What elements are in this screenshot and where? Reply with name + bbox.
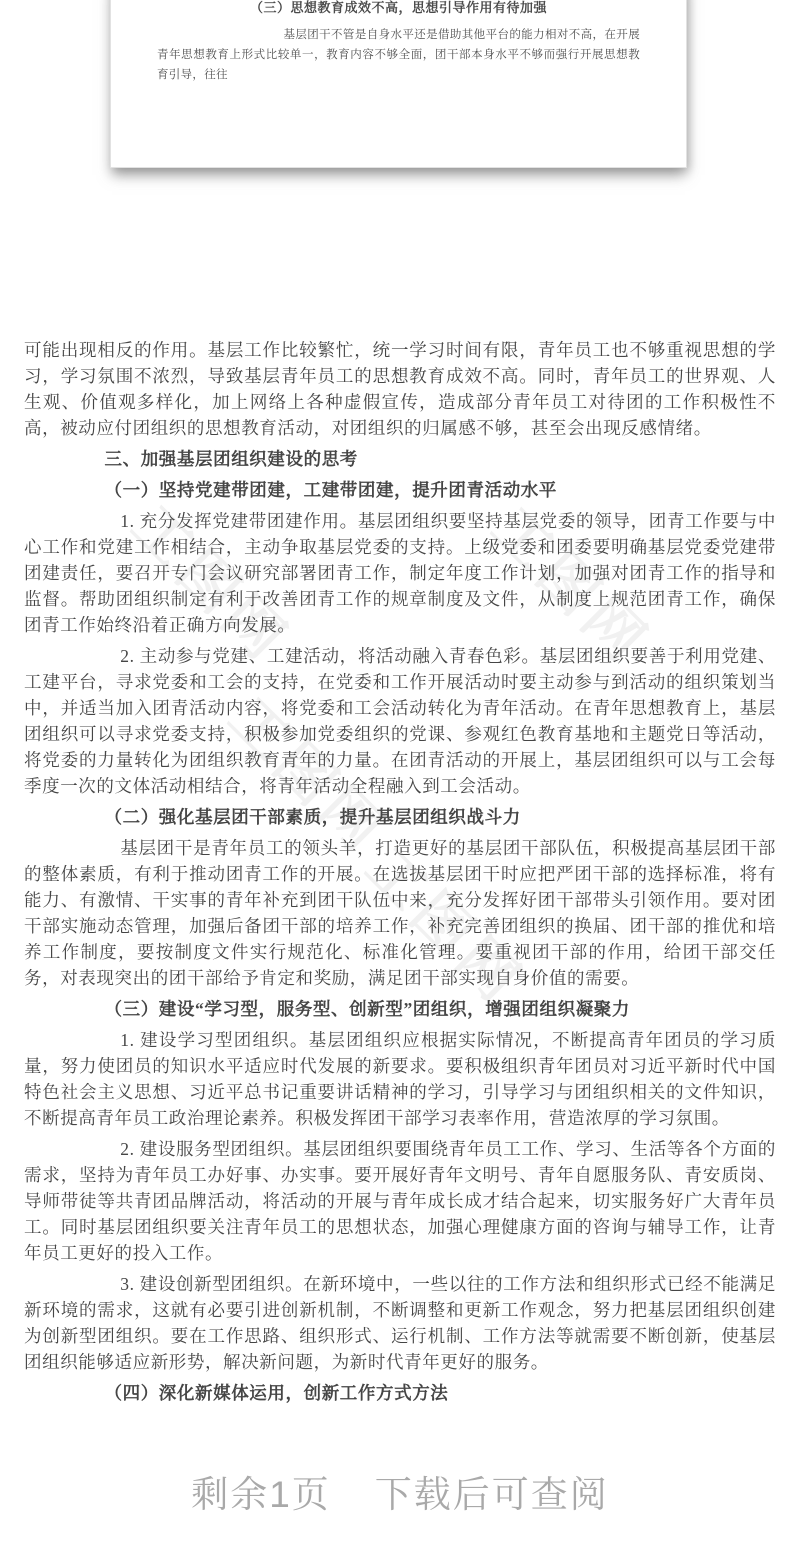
download-to-view-label: 下载后可查阅: [375, 1474, 609, 1515]
remaining-pages-notice: 剩余1页下载后可查阅: [0, 1464, 800, 1518]
section-heading: （三）建设“学习型，服务型、创新型”团组织，增强团组织凝聚力: [24, 996, 776, 1022]
document-page-preview: （三）思想教育成效不高，思想引导作用有待加强 基层团干不管是自身水平还是借助其他…: [110, 0, 687, 168]
paragraph: 2. 建设服务型团组织。基层团组织要围绕青年员工工作、学习、生活等各个方面的需求…: [24, 1136, 776, 1266]
remaining-pages-label: 剩余1页: [191, 1474, 331, 1515]
section-heading: （一）坚持党建带团建，工建带团建，提升团青活动水平: [24, 477, 776, 503]
paragraph: 2. 主动参与党建、工建活动，将活动融入青春色彩。基层团组织要善于利用党建、工建…: [24, 643, 776, 799]
section-heading: （二）强化基层团干部素质，提升基层团组织战斗力: [24, 804, 776, 830]
paragraph: 3. 建设创新型团组织。在新环境中，一些以往的工作方法和组织形式已经不能满足新环…: [24, 1271, 776, 1375]
paragraph: 基层团干是青年员工的领头羊，打造更好的基层团干部队伍，积极提高基层团干部的整体素…: [24, 835, 776, 991]
preview-section-heading: （三）思想教育成效不高，思想引导作用有待加强: [157, 0, 640, 16]
paragraph: 1. 建设学习型团组织。基层团组织应根据实际情况，不断提高青年团员的学习质量，努…: [24, 1027, 776, 1131]
section-heading: （四）深化新媒体运用，创新工作方式方法: [24, 1380, 776, 1406]
document-text-blocks: 可能出现相反的作用。基层工作比较繁忙，统一学习时间有限，青年员工也不够重视思想的…: [24, 332, 776, 1411]
paragraph: 1. 充分发挥党建带团建作用。基层团组织要坚持基层党委的领导，团青工作要与中心工…: [24, 508, 776, 638]
section-heading: 三、加强基层团组织建设的思考: [24, 446, 776, 472]
paragraph: 可能出现相反的作用。基层工作比较繁忙，统一学习时间有限，青年员工也不够重视思想的…: [24, 337, 776, 441]
preview-paragraph: 基层团干不管是自身水平还是借助其他平台的能力相对不高，在开展青年思想教育上形式比…: [157, 25, 640, 85]
